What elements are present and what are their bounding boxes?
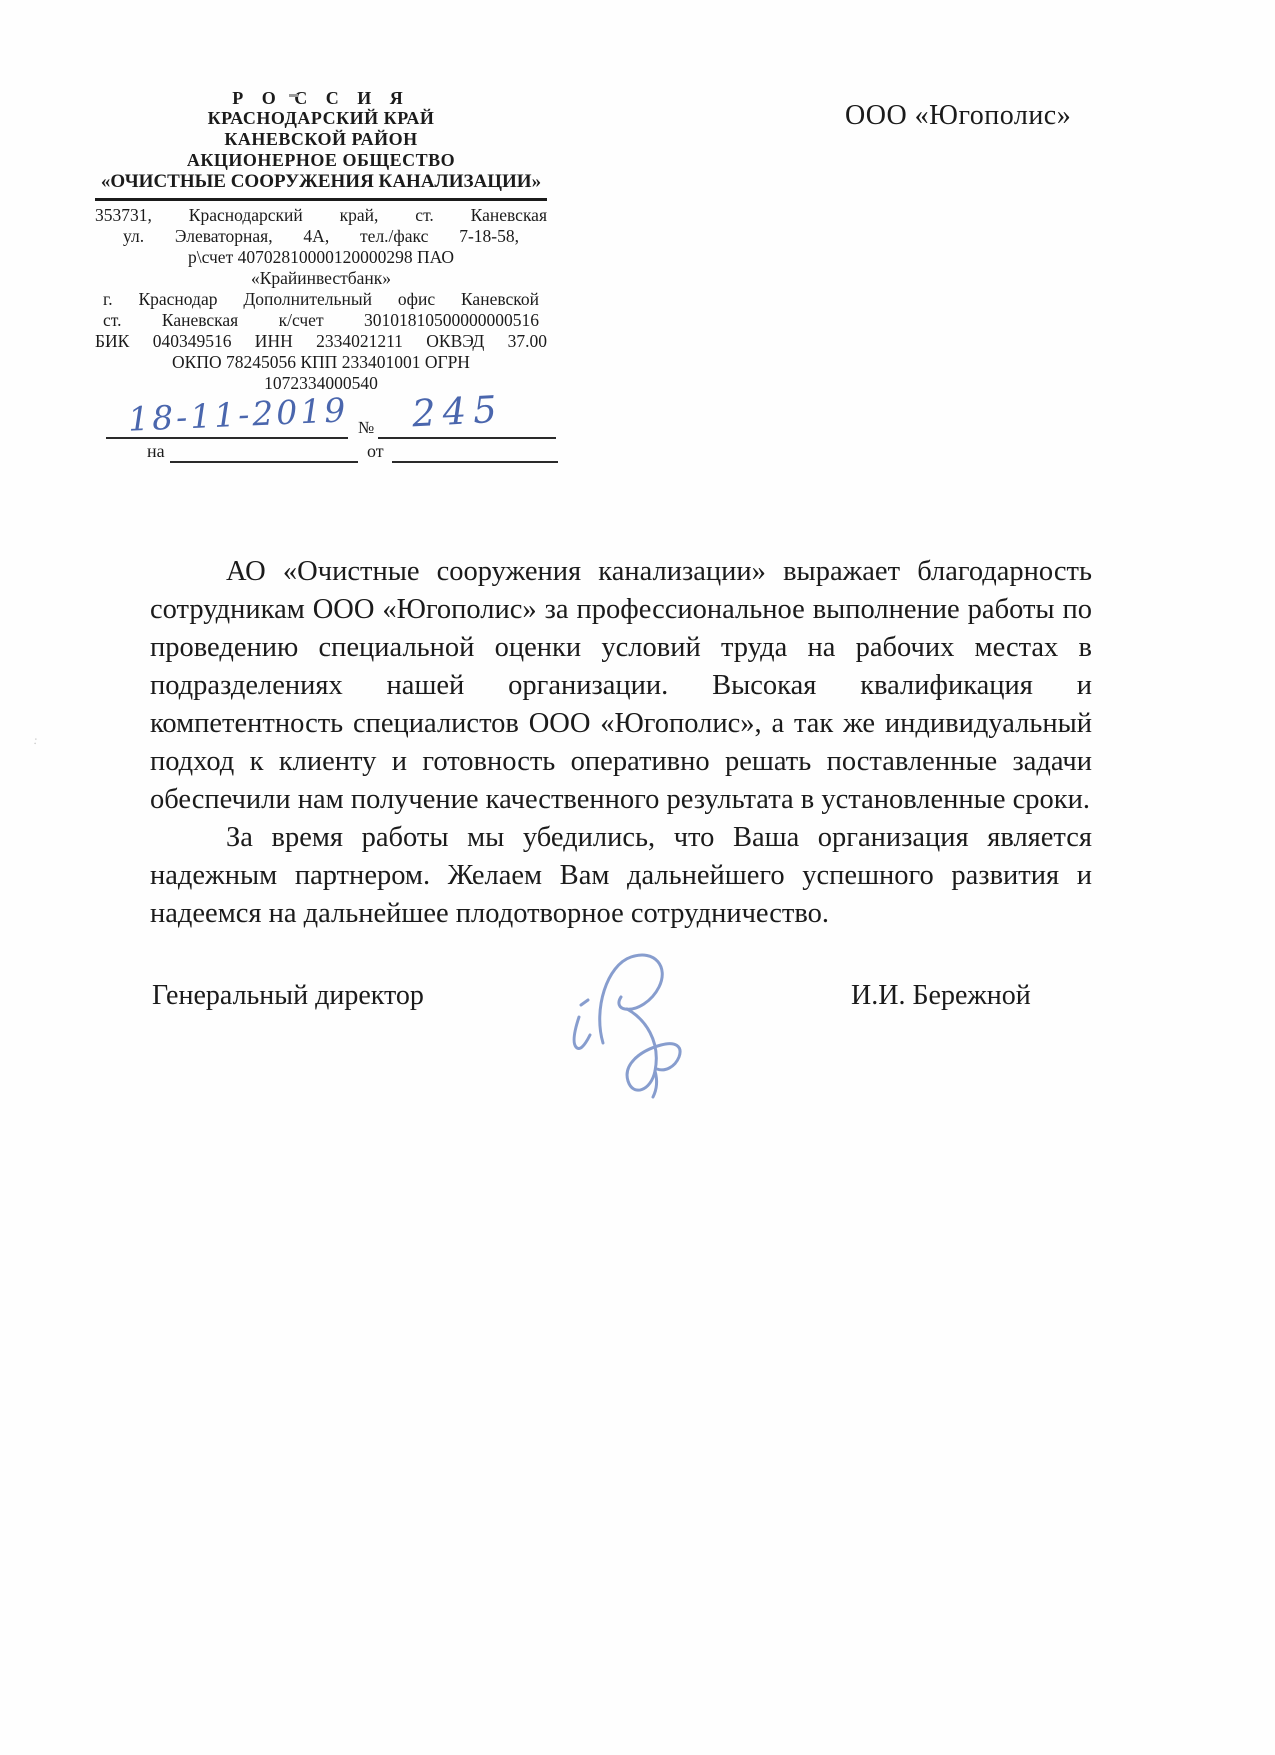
- body-line: сотрудникам ООО «Югополис» за профессион…: [150, 591, 1092, 629]
- body-line: проведению специальной оценки условий тр…: [150, 629, 1092, 667]
- body-line: За время работы мы убедились, что Ваша о…: [150, 819, 1092, 857]
- letterhead-address: 353731, Краснодарский край, ст. Каневска…: [95, 205, 547, 394]
- number-underline: [378, 437, 556, 439]
- signatory-name: И.И. Бережной: [851, 980, 1031, 1012]
- address-line: г. Краснодар Дополнительный офис Каневск…: [95, 289, 547, 310]
- letterhead-org-name: «ОЧИСТНЫЕ СООРУЖЕНИЯ КАНАЛИЗАЦИИ»: [95, 171, 547, 193]
- scan-artifact: :: [33, 733, 39, 748]
- reply-from-label: от: [367, 441, 384, 462]
- address-line: ул. Элеваторная, 4А, тел./факс 7-18-58,: [95, 226, 547, 247]
- reply-to-label: на: [147, 441, 165, 462]
- letterhead-divider: [95, 198, 547, 201]
- body-line: подход к клиенту и готовность оперативно…: [150, 743, 1092, 781]
- address-line: 353731, Краснодарский край, ст. Каневска…: [95, 205, 547, 226]
- recipient-name: ООО «Югополис»: [845, 100, 1071, 132]
- signature-scribble-icon: [555, 925, 745, 1105]
- letterhead-country: Р О С С И Я: [95, 88, 547, 108]
- address-line: р\счет 40702810000120000298 ПАО: [95, 247, 547, 268]
- address-line: ст. Каневская к/счет 3010181050000000051…: [95, 310, 547, 331]
- date-underline: [106, 437, 348, 439]
- letterhead-district: КАНЕВСКОЙ РАЙОН: [95, 129, 547, 150]
- reply-to-underline: [170, 461, 358, 463]
- letterhead: Р О С С И Я КРАСНОДАРСКИЙ КРАЙ КАНЕВСКОЙ…: [95, 88, 547, 394]
- letter-body: АО «Очистные сооружения канализации» выр…: [150, 553, 1092, 933]
- address-line: ОКПО 78245056 КПП 233401001 ОГРН: [95, 352, 547, 373]
- scan-artifact: [289, 94, 298, 97]
- handwritten-number: 245: [411, 388, 505, 436]
- body-line: компетентность специалистов ООО «Югополи…: [150, 705, 1092, 743]
- letterhead-org-type: АКЦИОНЕРНОЕ ОБЩЕСТВО: [95, 150, 547, 171]
- number-sign: №: [358, 418, 374, 438]
- letterhead-region: КРАСНОДАРСКИЙ КРАЙ: [95, 108, 547, 129]
- body-line: обеспечили нам получение качественного р…: [150, 781, 1092, 819]
- body-line: надежным партнером. Желаем Вам дальнейше…: [150, 857, 1092, 895]
- handwritten-date: 18-11-2019: [127, 390, 349, 439]
- body-line: АО «Очистные сооружения канализации» выр…: [150, 553, 1092, 591]
- scanned-letter-page: Р О С С И Я КРАСНОДАРСКИЙ КРАЙ КАНЕВСКОЙ…: [0, 0, 1275, 1755]
- address-line: БИК 040349516 ИНН 2334021211 ОКВЭД 37.00: [95, 331, 547, 352]
- signatory-title: Генеральный директор: [152, 980, 424, 1012]
- address-line: «Крайинвестбанк»: [95, 268, 547, 289]
- reply-from-underline: [392, 461, 558, 463]
- body-line: подразделениях нашей организации. Высока…: [150, 667, 1092, 705]
